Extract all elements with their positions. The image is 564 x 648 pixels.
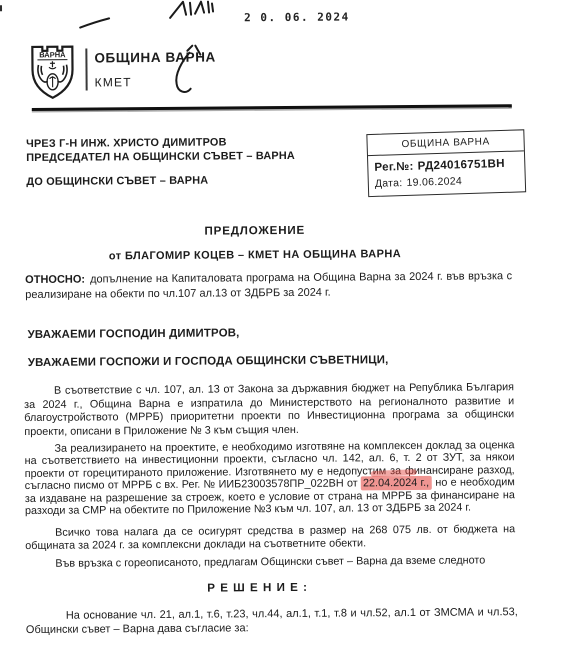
document-title: ПРЕДЛОЖЕНИЕ xyxy=(0,222,510,239)
registry-date-value: 19.06.2024 xyxy=(406,175,462,189)
scan-artifact-mark xyxy=(0,5,2,11)
left-lion-figure xyxy=(38,65,48,82)
received-date-stamp: 2 0. 06. 2024 xyxy=(244,10,350,24)
salutation-1: УВАЖАЕМИ ГОСПОДИН ДИМИТРОВ, xyxy=(28,327,240,341)
document-content: 2 0. 06. 2024 ВАРНА ОБЩИНА ВАРНА КМЕТ xyxy=(0,0,564,648)
emblem-banner-text: ВАРНА xyxy=(39,50,66,59)
body-paragraph-1: В съответствие с чл. 107, ал. 13 от Зако… xyxy=(24,381,514,439)
handwritten-dash xyxy=(78,15,112,31)
resolution-basis: На основание чл. 21, ал.1, т.6, т.23, чл… xyxy=(26,606,518,637)
resolution-heading: Р Е Ш Е Н И Е : xyxy=(3,579,513,596)
anchor-icon xyxy=(49,61,56,69)
scanned-document-page: 2 0. 06. 2024 ВАРНА ОБЩИНА ВАРНА КМЕТ xyxy=(0,0,564,648)
red-highlighted-date: 22.04.2024 г., xyxy=(361,476,432,491)
subject-text: допълнение на Капиталовата програма на О… xyxy=(25,270,512,300)
organization-role: КМЕТ xyxy=(95,75,132,89)
author-line: от БЛАГОМИР КОЦЕВ – КМЕТ НА ОБЩИНА ВАРНА xyxy=(0,247,510,263)
varna-coat-of-arms: ВАРНА xyxy=(27,42,77,104)
body-paragraph-2: За реализирането на проектите, е необход… xyxy=(24,439,515,517)
via-line-2: ПРЕДСЕДАТЕЛ НА ОБЩИНСКИ СЪВЕТ – ВАРНА xyxy=(26,149,295,165)
registry-number-label: Рег.№: xyxy=(374,160,414,174)
registry-date-label: Дата: xyxy=(375,177,403,190)
subject-label: ОТНОСНО: xyxy=(25,274,85,286)
handwritten-signature-mark xyxy=(157,43,203,99)
registry-number-value: РД24016751ВН xyxy=(418,157,506,173)
body-paragraph-3: Всичко това налага да се осигурят средст… xyxy=(25,523,515,552)
right-lion-figure xyxy=(57,65,67,82)
recipient-block: ЧРЕЗ Г-Н ИНЖ. ХРИСТО ДИМИТРОВ ПРЕДСЕДАТЕ… xyxy=(26,135,295,189)
letterhead-divider xyxy=(85,49,87,91)
trident-icon xyxy=(50,76,56,87)
letterhead: ВАРНА ОБЩИНА ВАРНА КМЕТ xyxy=(27,40,327,106)
to-line: ДО ОБЩИНСКИ СЪВЕТ – ВАРНА xyxy=(26,173,295,189)
subject-paragraph: ОТНОСНО:допълнение на Капиталовата прогр… xyxy=(25,269,512,302)
handwritten-mark xyxy=(168,0,226,21)
salutation-2: УВАЖАЕМИ ГОСПОЖИ И ГОСПОДА ОБЩИНСКИ СЪВЕ… xyxy=(28,354,389,369)
registry-stamp: ОБЩИНА ВАРНА Рег.№:РД24016751ВН Дата:19.… xyxy=(366,129,526,197)
body-paragraph-4: Във връзка с гореописаното, предлагам Об… xyxy=(25,554,515,571)
